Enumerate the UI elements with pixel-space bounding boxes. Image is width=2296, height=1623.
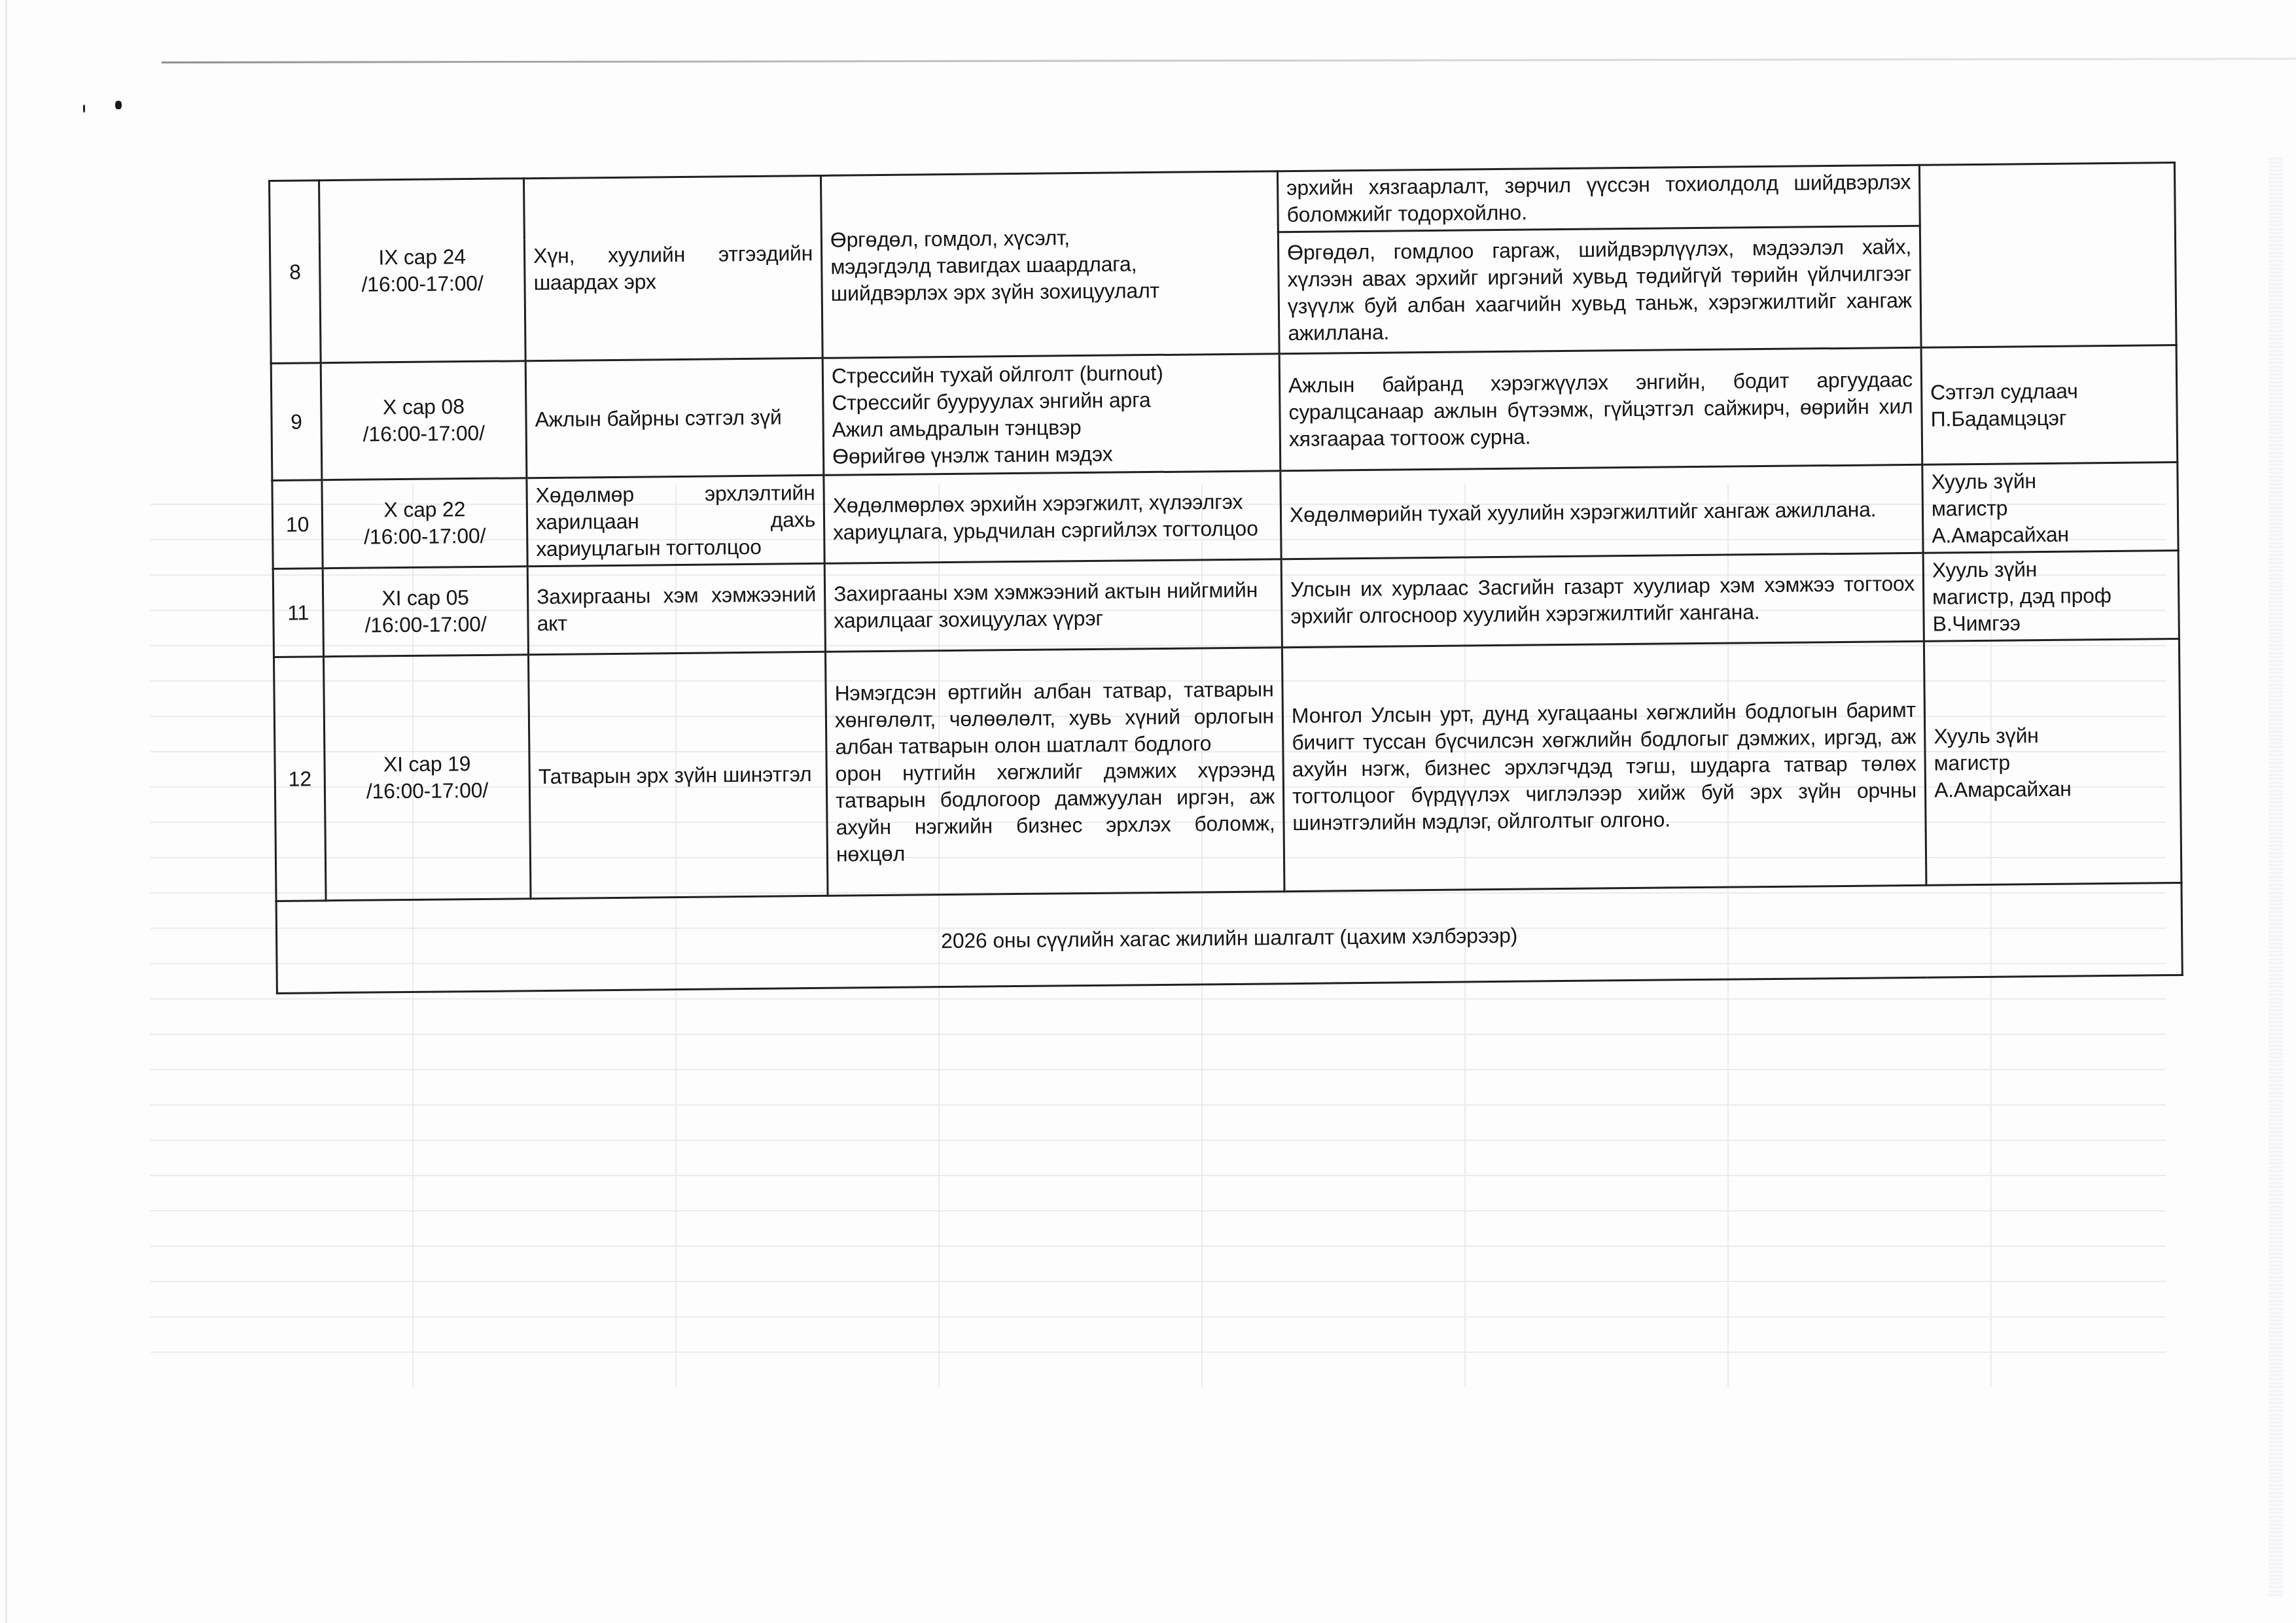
time-label: /16:00-17:00/ — [334, 777, 521, 805]
session-outcome: Улсын их хурлаас Засгийн газарт хуулиар … — [1281, 553, 1924, 647]
teacher-line: Сэтгэл судлаач — [1930, 377, 2168, 406]
session-content: Стрессийн тухай ойлголт (burnout) Стресс… — [822, 354, 1280, 476]
teacher-line: Хууль зүйн — [1931, 466, 2168, 495]
time-label: /16:00-17:00/ — [331, 522, 518, 551]
session-date: X сар 08 /16:00-17:00/ — [321, 361, 527, 480]
teacher-line: Хууль зүйн — [1932, 555, 2170, 584]
session-teacher: Хууль зүйн магистр А.Амарсайхан — [1924, 638, 2181, 885]
session-date: XI сар 19 /16:00-17:00/ — [323, 655, 531, 901]
session-date: X сар 22 /16:00-17:00/ — [322, 478, 527, 568]
row-number: 10 — [272, 480, 323, 569]
teacher-line: магистр — [1934, 748, 2171, 777]
session-teacher: Сэтгэл судлаач П.Бадамцэцэг — [1921, 345, 2178, 465]
session-topic: Захиргааны хэм хэмжээний акт — [527, 563, 825, 654]
content-line: Өөрийгөө үнэлж танин мэдэх — [832, 439, 1271, 470]
session-outcome: Монгол Улсын урт, дунд хугацааны хөгжлий… — [1282, 641, 1926, 891]
header-rule — [162, 58, 2296, 63]
session-outcome: Хөдөлмөрийн тухай хуулийн хэрэгжилтийг х… — [1280, 464, 1923, 559]
row-number: 12 — [274, 657, 327, 901]
session-topic: Хөдөлмөр эрхлэлтийн харилцаан дахь хариу… — [527, 475, 824, 566]
scan-edge — [5, 0, 7, 1623]
session-content: Хөдөлмөрлөх эрхийн хэрэгжилт, хүлээлгэх … — [824, 471, 1281, 564]
session-content: Нэмэгдсэн өртгийн албан татвар, татварын… — [825, 648, 1284, 896]
teacher-line: магистр — [1932, 493, 2169, 522]
session-topic: Хүн, хуулийн этгээдийн шаардах эрх — [523, 175, 822, 360]
session-teacher: Хууль зүйн магистр А.Амарсайхан — [1922, 462, 2178, 553]
time-label: /16:00-17:00/ — [328, 270, 516, 298]
teacher-line: В.Чимгээ — [1932, 608, 2170, 637]
session-content: Захиргааны хэм хэмжээний актын нийгмийн … — [824, 559, 1282, 652]
content-line: Стрессийг бууруулах энгийн арга — [832, 385, 1271, 416]
scan-mark — [83, 105, 85, 113]
exam-note: 2026 оны сүүлийн хагас жилийн шалгалт (ц… — [276, 882, 2182, 993]
session-date: XI сар 05 /16:00-17:00/ — [323, 567, 528, 657]
date-label: X сар 22 — [331, 495, 518, 524]
row-number: 11 — [273, 568, 323, 657]
session-content: Өргөдөл, гомдол, хүсэлт, мэдэгдэлд тавиг… — [821, 171, 1279, 358]
content-line: шийдвэрлэх эрх зүйн зохицуулалт — [831, 276, 1270, 307]
row-number: 9 — [271, 363, 322, 481]
teacher-line: магистр, дэд проф — [1932, 582, 2170, 610]
date-label: XI сар 19 — [333, 750, 520, 778]
content-paragraph: орон нутгийн хөгжлийг дэмжих хүрээнд тат… — [836, 756, 1276, 867]
teacher-line: Хууль зүйн — [1934, 721, 2171, 750]
content-line: Ажил амьдралын тэнцвэр — [832, 412, 1271, 443]
scan-mark — [115, 101, 122, 109]
session-date: IX сар 24 /16:00-17:00/ — [319, 179, 526, 363]
content-line: Стрессийн тухай ойлголт (burnout) — [832, 358, 1271, 389]
summary-row: 2026 оны сүүлийн хагас жилийн шалгалт (ц… — [276, 882, 2182, 993]
session-topic: Татварын эрх зүйн шинэтгэл — [528, 652, 828, 898]
schedule-table: 8 IX сар 24 /16:00-17:00/ Хүн, хуулийн э… — [268, 162, 2183, 994]
date-label: XI сар 05 — [332, 584, 519, 612]
content-line: мэдэгдэлд тавигдах шаардлага, — [830, 249, 1269, 280]
date-label: IX сар 24 — [328, 243, 516, 271]
session-outcome: Өргөдөл, гомдлоо гаргаж, шийдвэрлүүлэх, … — [1278, 226, 1921, 353]
scan-edge — [2269, 157, 2283, 1596]
teacher-line: А.Амарсайхан — [1934, 775, 2172, 803]
content-line: Өргөдөл, гомдол, хүсэлт, — [830, 222, 1269, 253]
time-label: /16:00-17:00/ — [330, 419, 518, 448]
session-topic: Ажлын байрны сэтгэл зүй — [525, 358, 824, 478]
content-paragraph: Нэмэгдсэн өртгийн албан татвар, татварын… — [834, 676, 1274, 760]
session-outcome: эрхийн хязгаарлалт, зөрчил үүссэн тохиол… — [1277, 165, 1920, 232]
session-teacher: Хууль зүйн магистр, дэд проф В.Чимгээ — [1923, 551, 2179, 642]
teacher-line: П.Бадамцэцэг — [1930, 404, 2168, 432]
table-row: 12 XI сар 19 /16:00-17:00/ Татварын эрх … — [274, 638, 2181, 901]
teacher-line: А.Амарсайхан — [1932, 520, 2169, 549]
session-teacher — [1919, 163, 2176, 348]
row-number: 8 — [270, 181, 321, 364]
table-row: 9 X сар 08 /16:00-17:00/ Ажлын байрны сэ… — [271, 345, 2178, 481]
schedule-table-container: 8 IX сар 24 /16:00-17:00/ Хүн, хуулийн э… — [268, 162, 2181, 994]
date-label: X сар 08 — [330, 393, 517, 421]
time-label: /16:00-17:00/ — [332, 610, 519, 639]
session-outcome: Ажлын байранд хэрэгжүүлэх энгийн, бодит … — [1279, 347, 1922, 470]
